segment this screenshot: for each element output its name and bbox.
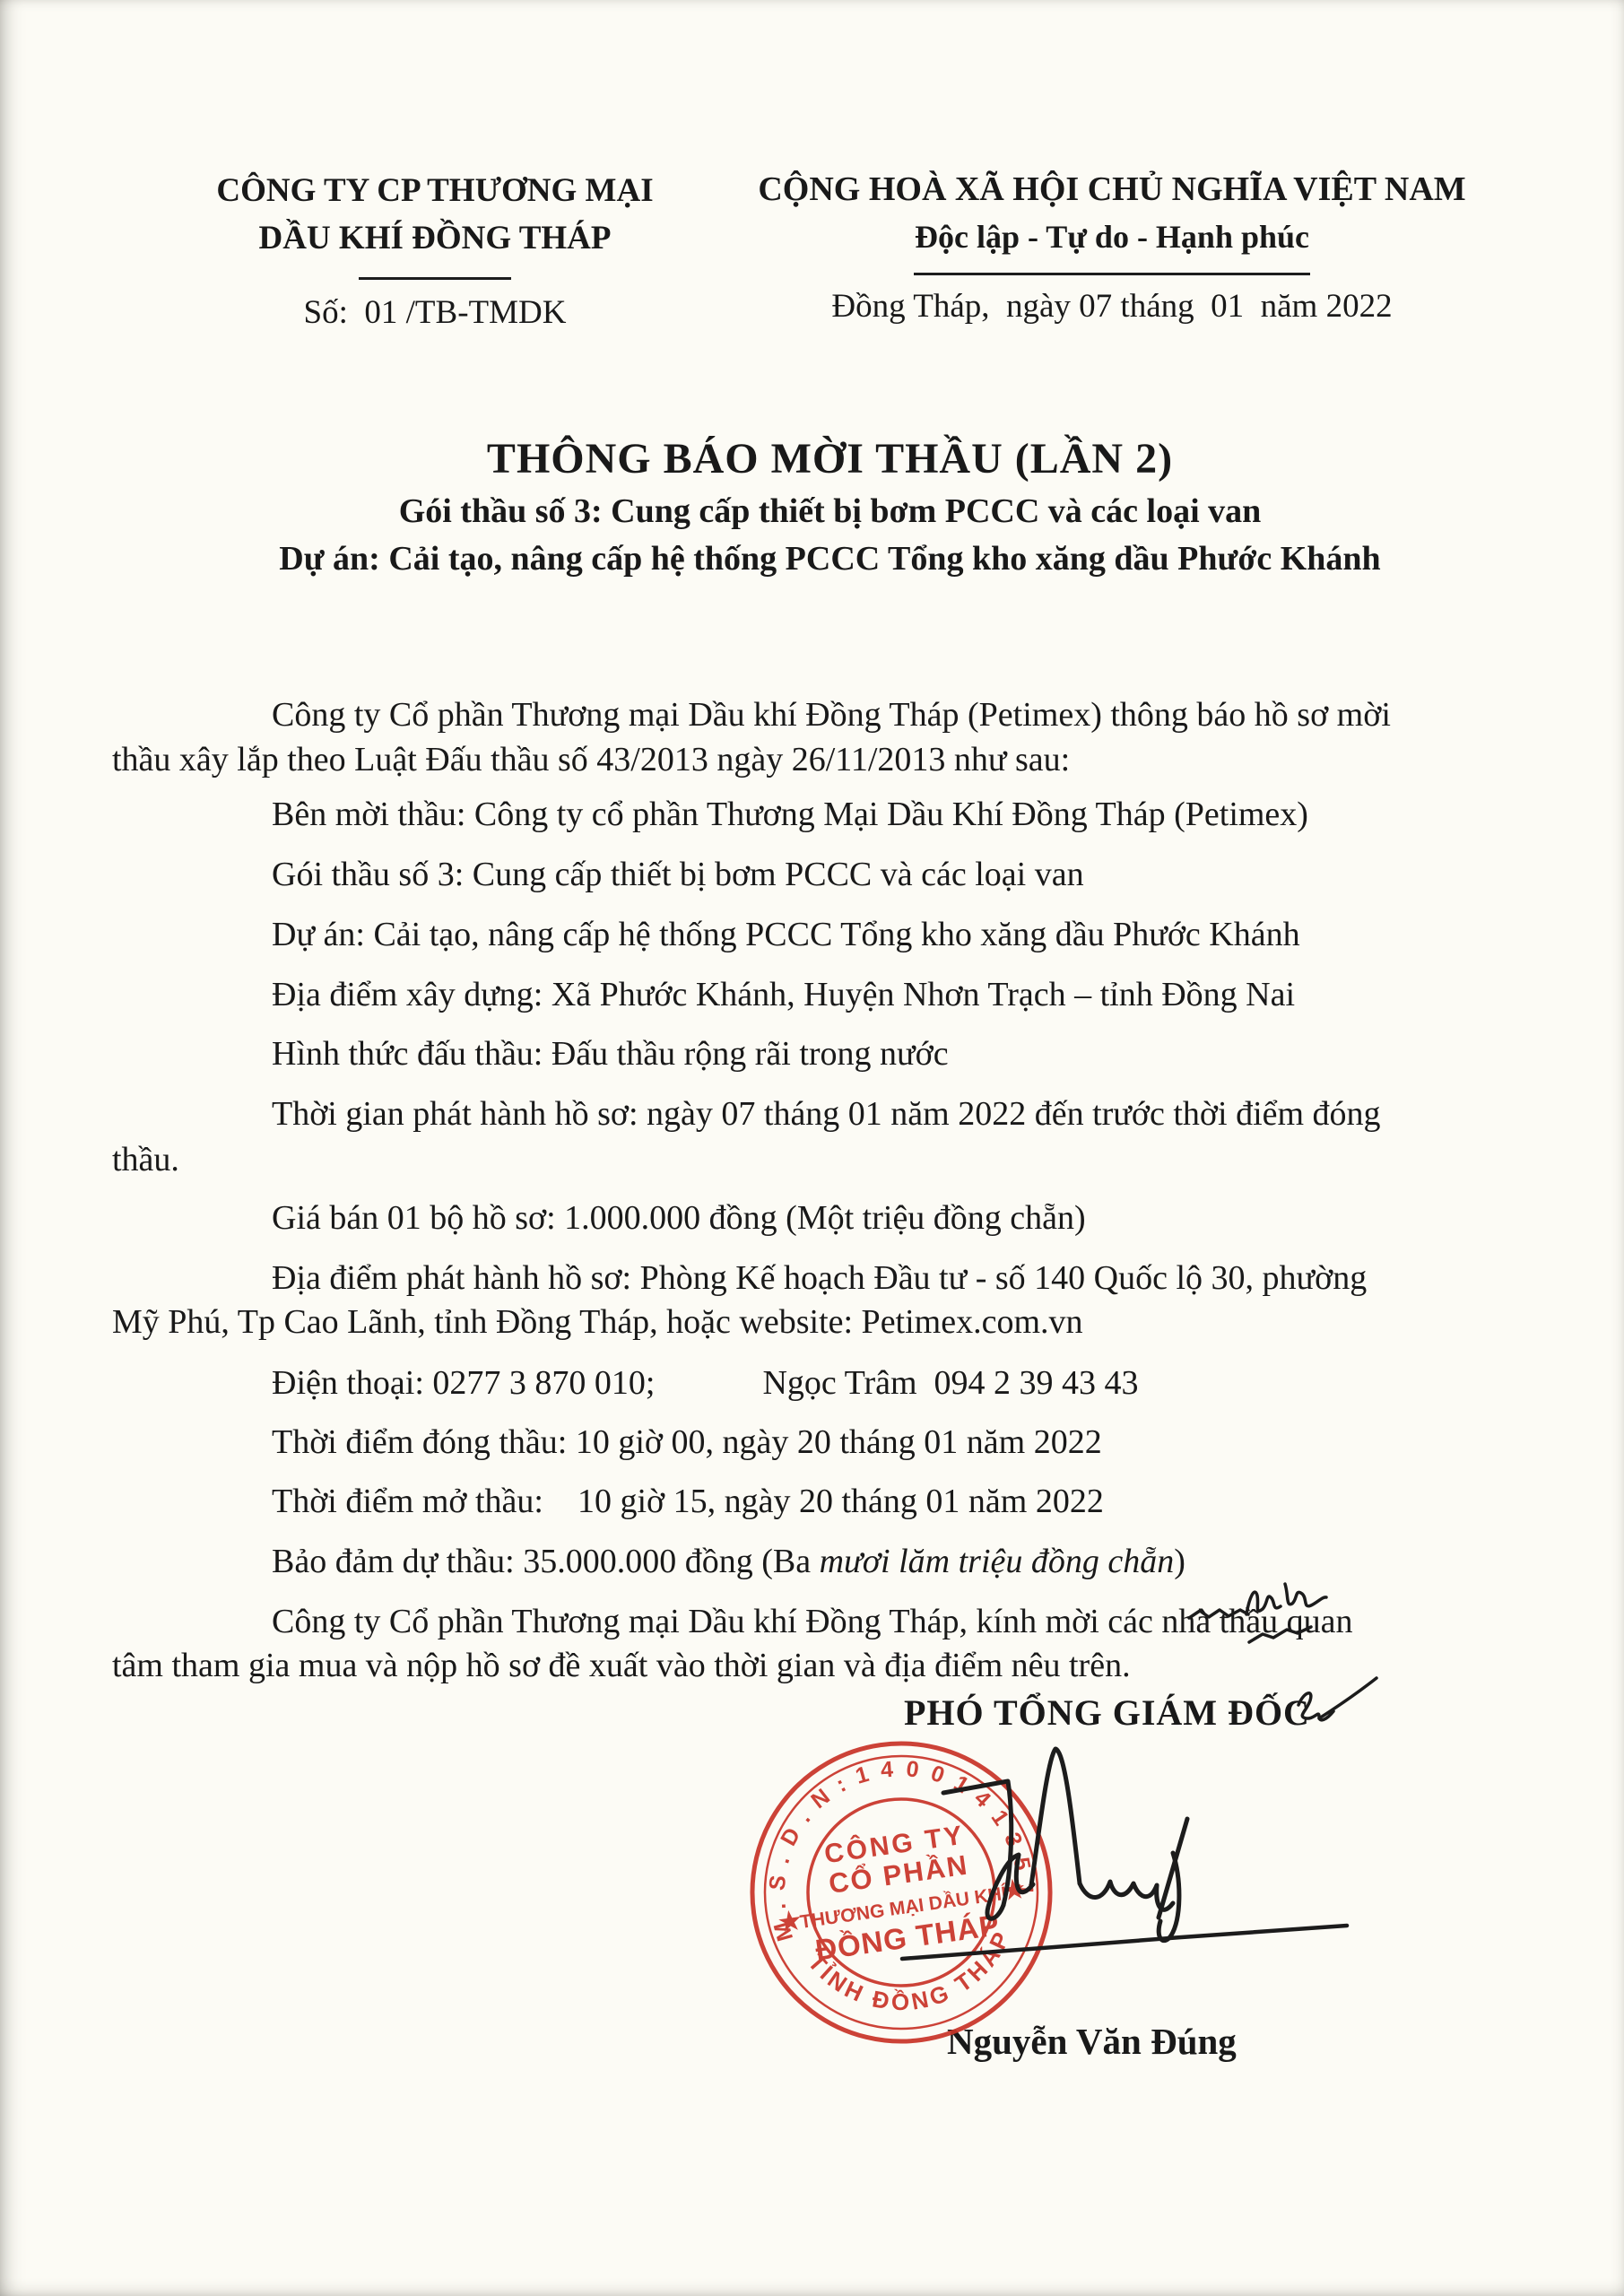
body-line: Công ty Cổ phần Thương mại Dầu khí Đồng … (112, 695, 1624, 735)
body-line-issue-time: Thời gian phát hành hồ sơ: ngày 07 tháng… (112, 1094, 1624, 1134)
bid-security-text: Bảo đảm dự thầu: 35.000.000 đồng (Ba (272, 1543, 820, 1580)
body-line-bid-form: Hình thức đấu thầu: Đấu thầu rộng rãi tr… (112, 1034, 1624, 1074)
motto-underline (914, 273, 1310, 275)
title-block: THÔNG BÁO MỜI THẦU (LẦN 2) Gói thầu số 3… (18, 434, 1624, 578)
body-line-inviting-party: Bên mời thầu: Công ty cổ phần Thương Mại… (112, 795, 1624, 834)
place-and-date: Đồng Tháp, ngày 07 tháng 01 năm 2022 (713, 287, 1511, 326)
body-line-phone: Điện thoại: 0277 3 870 010;Ngọc Trâm 094… (112, 1363, 1624, 1403)
national-header-block: CỘNG HOÀ XÃ HỘI CHỦ NGHĨA VIỆT NAM Độc l… (713, 167, 1511, 326)
company-seal: M.S.D.N:1400141351 TỈNH ĐỒNG THÁP ★ ★ CÔ… (737, 1724, 1065, 2061)
document-page: CÔNG TY CP THƯƠNG MẠI DẦU KHÍ ĐỒNG THÁP … (0, 0, 1624, 2296)
issuer-name-line1: CÔNG TY CP THƯƠNG MẠI (143, 167, 726, 214)
body-line-bid-security: Bảo đảm dự thầu: 35.000.000 đồng (Ba mươ… (112, 1542, 1624, 1581)
issuer-block: CÔNG TY CP THƯƠNG MẠI DẦU KHÍ ĐỒNG THÁP … (143, 167, 726, 332)
body-line-invitation: Công ty Cổ phần Thương mại Dầu khí Đồng … (112, 1602, 1624, 1641)
body-line-opening-time: Thời điểm mở thầu: 10 giờ 15, ngày 20 th… (112, 1482, 1624, 1521)
national-motto-line1: CỘNG HOÀ XÃ HỘI CHỦ NGHĨA VIỆT NAM (713, 167, 1511, 212)
star-icon: ★ (777, 1906, 803, 1936)
bid-security-amount-words: mươi lăm triệu đồng chẵn (820, 1543, 1175, 1580)
document-number: Số: 01 /TB-TMDK (143, 293, 726, 332)
body-line-price: Giá bán 01 bộ hồ sơ: 1.000.000 đồng (Một… (112, 1198, 1624, 1238)
body-line: thầu. (112, 1140, 1547, 1179)
document-subtitle-package: Gói thầu số 3: Cung cấp thiết bị bơm PCC… (18, 491, 1624, 531)
body-line: thầu xây lắp theo Luật Đấu thầu số 43/20… (112, 740, 1547, 779)
body-line-closing-time: Thời điểm đóng thầu: 10 giờ 00, ngày 20 … (112, 1422, 1624, 1462)
bid-security-close-paren: ) (1174, 1543, 1185, 1580)
document-title: THÔNG BÁO MỜI THẦU (LẦN 2) (18, 434, 1624, 483)
body-line-issue-place: Địa điểm phát hành hồ sơ: Phòng Kế hoạch… (112, 1258, 1624, 1298)
phone-number: Điện thoại: 0277 3 870 010; (272, 1364, 655, 1402)
body-line: tâm tham gia mua và nộp hồ sơ đề xuất và… (112, 1646, 1547, 1685)
body-line: Mỹ Phú, Tp Cao Lãnh, tỉnh Đồng Tháp, hoặ… (112, 1302, 1547, 1342)
issuer-underline (359, 277, 511, 280)
body-line-project: Dự án: Cải tạo, nâng cấp hệ thống PCCC T… (112, 915, 1624, 954)
issuer-name-line2: DẦU KHÍ ĐỒNG THÁP (143, 214, 726, 262)
national-motto-line2: Độc lập - Tự do - Hạnh phúc (713, 215, 1511, 258)
body-line-package: Gói thầu số 3: Cung cấp thiết bị bơm PCC… (112, 855, 1624, 894)
document-subtitle-project: Dự án: Cải tạo, nâng cấp hệ thống PCCC T… (18, 539, 1624, 578)
body-line-location: Địa điểm xây dựng: Xã Phước Khánh, Huyện… (112, 975, 1624, 1014)
contact-person: Ngọc Trâm 094 2 39 43 43 (762, 1364, 1138, 1402)
